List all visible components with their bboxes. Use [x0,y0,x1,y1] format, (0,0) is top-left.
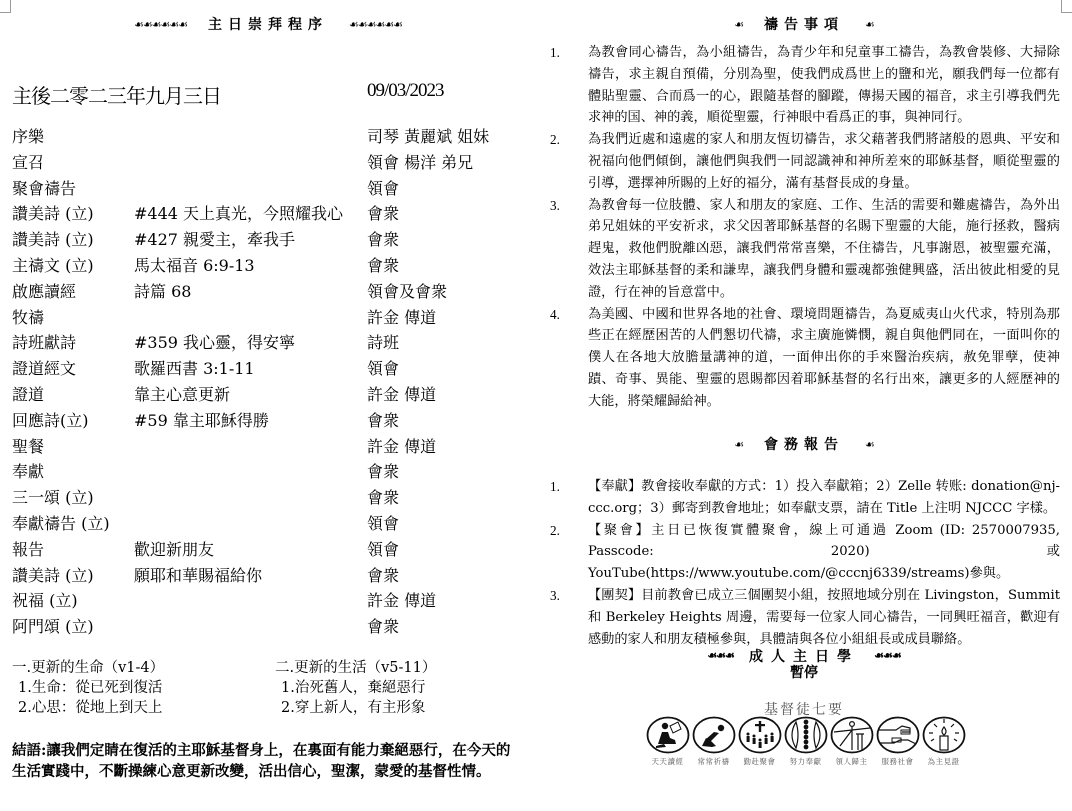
program-item-content: 靠主心意更新 [134,382,230,408]
announcements-title: 會務報告 [764,434,844,454]
essential-label: 勤赴聚會 [736,756,783,767]
essential-label: 為主見證 [920,756,967,767]
ornament-icon: ☙☙☙ [874,649,901,662]
list-item: 1.【奉獻】教會接收奉獻的方式：1）投入奉獻箱；2）Zelle 转账: dona… [550,476,1060,520]
program-item-content: 歌羅西書 3:1-11 [134,356,255,382]
program-item-name: 回應詩(立) [12,408,89,434]
program-item-leader: 司琴 黃麗斌 姐妹 [367,124,489,150]
outline-heading: 二.更新的生活（v5-11） [275,658,436,678]
essential-label: 領人歸主 [828,756,875,767]
program-row: 證道經文歌羅西書 3:1-11領會 [12,356,532,382]
program-row: 讚美詩 (立)#444 天上真光，今照耀我心會衆 [12,201,532,227]
evangelism-icon [830,716,874,754]
program-item-name: 宣召 [12,150,44,176]
program-item-content: #359 我心靈，得安寧 [134,330,295,356]
prayer-requests-header: ☙ 禱告事項 ☙ [536,14,1072,34]
program-row: 報告歡迎新朋友領會 [12,537,532,563]
program-item-leader: 領會 [367,176,399,202]
program-item-name: 聚會禱告 [12,176,76,202]
outline-point: 2.心思：從地上到天上 [12,698,164,718]
praying-icon [692,716,736,754]
program-row: 祝福 (立)許金 傳道 [12,588,532,614]
announcements-list: 1.【奉獻】教會接收奉獻的方式：1）投入奉獻箱；2）Zelle 转账: dona… [550,476,1060,650]
program-item-content: 詩篇 68 [134,279,191,305]
program-row: 讚美詩 (立)#427 親愛主，牽我手會衆 [12,227,532,253]
ornament-icon: ☙☙☙☙☙☙ [349,18,402,31]
list-item: 1.為教會同心禱告，為小組禱告，為青少年和兒童事工禱告，為教會裝修、大掃除禱告，… [550,42,1060,129]
ornament-icon: ☙☙☙☙☙☙ [134,18,187,31]
program-item-content: 馬太福音 6:9-13 [134,253,255,279]
program-item-leader: 會衆 [367,408,399,434]
program-item-leader: 會衆 [367,227,399,253]
program-item-leader: 會衆 [367,485,399,511]
list-item: 2.為我們近處和遠處的家人和朋友恆切禱告，求父藉著我們將諸般的恩典、平安和祝福向… [550,129,1060,194]
list-item-text: 【奉獻】教會接收奉獻的方式：1）投入奉獻箱；2）Zelle 转账: donati… [588,479,1060,516]
right-page: ☙ 禱告事項 ☙ 1.為教會同心禱告，為小組禱告，為青少年和兒童事工禱告，為教會… [536,0,1072,811]
program-item-name: 證道經文 [12,356,76,382]
program-row: 證道靠主心意更新許金 傳道 [12,382,532,408]
program-item-leader: 許金 傳道 [367,588,436,614]
list-item-number: 2. [550,520,560,542]
program-row: 聖餐許金 傳道 [12,434,532,460]
program-item-leader: 會衆 [367,563,399,589]
program-row: 阿門頌 (立)會衆 [12,614,532,640]
program-item-leader: 許金 傳道 [367,382,436,408]
program-row: 奉獻禱告 (立)領會 [12,511,532,537]
list-item: 2.【聚會】主日已恢復實體聚會，線上可通過 Zoom (ID: 25700079… [550,520,1060,585]
worship-program-title: 主日崇拜程序 [208,14,328,34]
ornament-icon: ☙ [865,18,874,31]
service-date-chinese: 主後二零二三年九月三日 [12,80,221,109]
essential-item: 常常祈禱 [690,716,737,767]
prayer-requests-list: 1.為教會同心禱告，為小組禱告，為青少年和兒童事工禱告，為教會裝修、大掃除禱告，… [550,42,1060,413]
program-item-content: #427 親愛主，牽我手 [134,227,295,253]
program-row: 聚會禱告領會 [12,176,532,202]
program-row: 三一頌 (立)會衆 [12,485,532,511]
service-date: 09/03/2023 [367,80,444,102]
outline-point: 1.生命：從已死到復活 [12,678,164,698]
left-page: ☙☙☙☙☙☙ 主日崇拜程序 ☙☙☙☙☙☙ 主後二零二三年九月三日 09/03/2… [0,0,536,811]
candle-light-icon [922,716,966,754]
list-item-number: 1. [550,476,560,498]
adult-sunday-school-status: 暫停 [536,662,1072,682]
list-item-number: 4. [550,304,560,326]
outline-point: 2.穿上新人，有主形象 [275,698,436,718]
program-item-name: 奉獻禱告 (立) [12,511,110,537]
essential-label: 努力奉獻 [782,756,829,767]
program-item-name: 報告 [12,537,44,563]
list-item-text: 【聚會】主日已恢復實體聚會，線上可通過 Zoom (ID: 2570007935… [588,523,1060,582]
list-item: 3.為教會每一位肢體、家人和朋友的家庭、工作、生活的需要和難處禱告，為外出弟兄姐… [550,195,1060,304]
program-item-leader: 會衆 [367,459,399,485]
list-item-text: 為美國、中國和世界各地的社會、環境問題禱告，為夏威夷山火代求，特別為那些正在經歷… [588,307,1060,409]
program-item-leader: 會衆 [367,614,399,640]
list-item-text: 為我們近處和遠處的家人和朋友恆切禱告，求父藉著我們將諸般的恩典、平安和祝福向他們… [588,132,1060,191]
program-item-content: 歡迎新朋友 [134,537,214,563]
program-row: 啟應讀經詩篇 68領會及會衆 [12,279,532,305]
program-item-name: 奉獻 [12,459,44,485]
essential-item: 天天讀經 [644,716,691,767]
ornament-icon: ☙ [734,438,743,451]
program-item-name: 主禱文 (立) [12,253,94,279]
list-item-text: 為教會每一位肢體、家人和朋友的家庭、工作、生活的需要和難處禱告，為外出弟兄姐妹的… [588,198,1060,300]
list-item-text: 【團契】目前教會已成立三個團契小組，按照地域分別在 Livingston，Sum… [588,588,1060,647]
outline-part-2: 二.更新的生活（v5-11） 1.治死舊人，棄絕惡行 2.穿上新人，有主形象 [275,658,436,718]
program-item-leader: 領會及會衆 [367,279,447,305]
essential-item: 勤赴聚會 [736,716,783,767]
list-item-number: 2. [550,129,560,151]
program-item-content: #59 靠主耶穌得勝 [134,408,269,434]
sermon-conclusion: 結語:讓我們定睛在復活的主耶穌基督身上，在裏面有能力棄絕惡行，在今天的生活實踐中… [12,740,524,782]
essential-item: 領人歸主 [828,716,875,767]
program-item-leader: 許金 傳道 [367,434,436,460]
ornament-icon: ☙☙☙ [707,649,734,662]
program-item-name: 讚美詩 (立) [12,227,94,253]
ornament-icon: ☙ [865,438,874,451]
essential-item: 服務社會 [874,716,921,767]
worship-program-header: ☙☙☙☙☙☙ 主日崇拜程序 ☙☙☙☙☙☙ [0,14,536,34]
program-row: 回應詩(立)#59 靠主耶穌得勝會衆 [12,408,532,434]
program-item-leader: 會衆 [367,253,399,279]
program-item-content: #444 天上真光，今照耀我心 [134,201,343,227]
essential-label: 服務社會 [874,756,921,767]
program-row: 詩班獻詩#359 我心靈，得安寧詩班 [12,330,532,356]
program-row: 主禱文 (立)馬太福音 6:9-13會衆 [12,253,532,279]
essential-label: 常常祈禱 [690,756,737,767]
outline-heading: 一.更新的生命（v1-4） [12,658,164,678]
list-item-number: 1. [550,42,560,64]
seven-essentials-graphic: 天天讀經 常常祈禱 [644,716,974,776]
program-row: 奉獻會衆 [12,459,532,485]
program-row: 宣召領會 楊洋 弟兄 [12,150,532,176]
list-item: 4.為美國、中國和世界各地的社會、環境問題禱告，為夏威夷山火代求，特別為那些正在… [550,304,1060,413]
program-item-name: 讚美詩 (立) [12,563,94,589]
announcements-header: ☙ 會務報告 ☙ [536,434,1072,454]
program-item-leader: 詩班 [367,330,399,356]
program-item-leader: 許金 傳道 [367,305,436,331]
list-item-number: 3. [550,585,560,607]
prayer-requests-title: 禱告事項 [764,14,844,34]
essential-item: 為主見證 [920,716,967,767]
essential-item: 努力奉獻 [782,716,829,767]
program-item-name: 證道 [12,382,44,408]
worship-program-list: 序樂司琴 黃麗斌 姐妹宣召領會 楊洋 弟兄聚會禱告領會讚美詩 (立)#444 天… [12,124,532,640]
helping-hands-icon [876,716,920,754]
program-item-name: 啟應讀經 [12,279,76,305]
program-item-leader: 會衆 [367,201,399,227]
ornament-icon: ☙ [734,18,743,31]
list-item-number: 3. [550,195,560,217]
program-item-name: 詩班獻詩 [12,330,76,356]
reading-bible-icon [646,716,690,754]
service-date-row: 主後二零二三年九月三日 09/03/2023 [12,80,522,106]
list-item: 3.【團契】目前教會已成立三個團契小組，按照地域分別在 Livingston，S… [550,585,1060,650]
program-item-name: 牧禱 [12,305,44,331]
outline-part-1: 一.更新的生命（v1-4） 1.生命：從已死到復活 2.心思：從地上到天上 [12,658,164,718]
program-item-name: 三一頌 (立) [12,485,94,511]
list-item-text: 為教會同心禱告，為小組禱告，為青少年和兒童事工禱告，為教會裝修、大掃除禱告，求主… [588,45,1060,125]
program-item-leader: 領會 [367,511,399,537]
program-item-name: 序樂 [12,124,44,150]
program-item-content: 願耶和華賜福給你 [134,563,262,589]
program-item-leader: 領會 [367,356,399,382]
program-item-leader: 領會 [367,537,399,563]
program-row: 序樂司琴 黃麗斌 姐妹 [12,124,532,150]
congregation-cross-icon [738,716,782,754]
program-item-name: 祝福 (立) [12,588,78,614]
program-item-name: 阿門頌 (立) [12,614,94,640]
fish-offering-icon [784,716,828,754]
essential-label: 天天讀經 [644,756,691,767]
program-item-leader: 領會 楊洋 弟兄 [367,150,473,176]
program-row: 讚美詩 (立)願耶和華賜福給你會衆 [12,563,532,589]
program-item-name: 讚美詩 (立) [12,201,94,227]
program-row: 牧禱許金 傳道 [12,305,532,331]
program-item-name: 聖餐 [12,434,44,460]
outline-point: 1.治死舊人，棄絕惡行 [275,678,436,698]
